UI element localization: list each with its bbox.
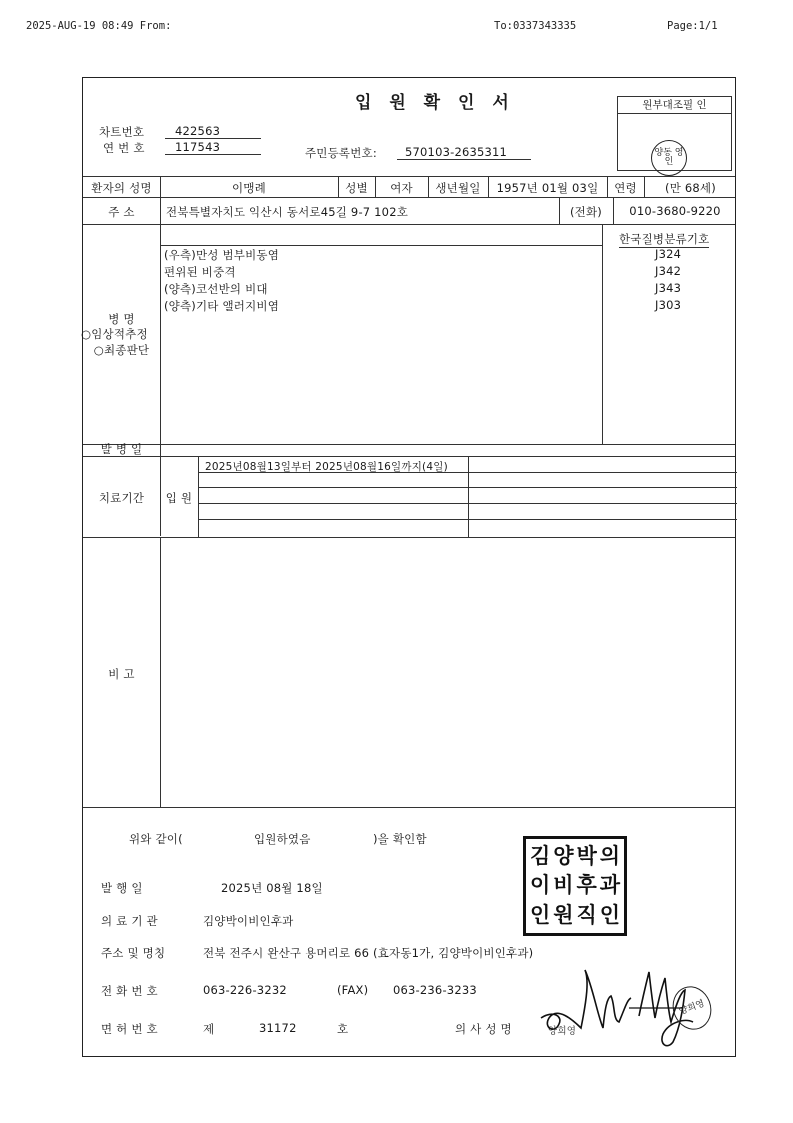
- institution-phone: 063-226-3232: [203, 983, 287, 997]
- seal-char: 인: [529, 901, 551, 930]
- institution-name: 김양박이비인후과: [203, 913, 293, 929]
- license-suffix: 호: [337, 1021, 348, 1037]
- license-number: 31172: [259, 1021, 297, 1035]
- chart-number: 422563: [165, 124, 261, 139]
- seal-char: 과: [599, 872, 621, 901]
- sex-label: 성별: [338, 180, 375, 196]
- confirmation-prefix: 위와 같이(: [129, 831, 183, 847]
- diagnosis-name-3: (양측)코선반의 비대: [164, 281, 268, 297]
- approval-box-label: 원부대조필 인: [618, 97, 731, 114]
- seal-char: 원: [552, 901, 574, 930]
- patient-birth: 1957년 01월 03일: [488, 180, 607, 196]
- fax-page-count: Page:1/1: [667, 20, 718, 32]
- seal-char: 양: [552, 842, 574, 871]
- institution-phone-label: 전 화 번 호: [101, 983, 158, 999]
- confirmation-middle: 입원하였음: [254, 831, 311, 847]
- doctor-seal-text: 양희영: [678, 999, 706, 1016]
- treatment-type-label: 입 원: [160, 490, 198, 506]
- institution-address: 전북 전주시 완산구 용머리로 66 (효자동1가, 김양박이비인후과): [203, 945, 533, 961]
- patient-age: (만 68세): [644, 180, 737, 196]
- admission-certificate-form: 입 원 확 인 서 원부대조필 인 양동 영인 차트번호 422563 연 번 …: [82, 77, 736, 1057]
- document-title: 입 원 확 인 서: [355, 88, 515, 113]
- patient-sex: 여자: [375, 180, 428, 196]
- diagnosis-name-1: (우측)만성 범부비동염: [164, 247, 279, 263]
- diagnosis-label: 병 명: [83, 311, 160, 327]
- doctor-name-label: 의 사 성 명: [455, 1021, 512, 1037]
- remarks-label: 비 고: [83, 666, 160, 682]
- license-prefix: 제: [203, 1021, 214, 1037]
- license-label: 면 허 번 호: [101, 1021, 158, 1037]
- seal-char: 김: [529, 842, 551, 871]
- disease-code-4: J303: [655, 298, 681, 312]
- approval-stamp: 양동 영인: [651, 140, 687, 176]
- seal-char: 인: [599, 901, 621, 930]
- patient-name-label: 환자의 성명: [83, 180, 160, 196]
- resident-number-label: 주민등록번호:: [305, 145, 377, 161]
- institution-address-label: 주소 및 명칭: [101, 945, 165, 961]
- treatment-period-1: 2025년08월13일부터 2025년08월16일까지(4일): [205, 459, 448, 474]
- age-label: 연령: [607, 180, 644, 196]
- fax-header: 2025-AUG-19 08:49 From: To:0337343335 Pa…: [0, 20, 793, 34]
- diagnosis-name-2: 편위된 비중격: [164, 264, 236, 280]
- institution-seal-stamp: 김 양 박 의 이 비 후 과 인 원 직 인: [523, 836, 627, 936]
- resident-number: 570103-2635311: [397, 145, 531, 160]
- disease-code-2: J342: [655, 264, 681, 278]
- seal-char: 박: [576, 842, 598, 871]
- serial-number: 117543: [165, 140, 261, 155]
- chart-number-label: 차트번호: [99, 124, 144, 140]
- phone-label: (전화): [559, 204, 613, 220]
- seal-char: 후: [576, 872, 598, 901]
- diagnosis-option-clinical[interactable]: ○임상적추정: [81, 326, 148, 342]
- seal-char: 비: [552, 872, 574, 901]
- disease-code-header: 한국질병분류기호: [619, 231, 709, 248]
- institution-fax: 063-236-3233: [393, 983, 477, 997]
- seal-char: 이: [529, 872, 551, 901]
- diagnosis-name-4: (양측)기타 앨러지비염: [164, 298, 279, 314]
- issue-date: 2025년 08월 18일: [221, 880, 323, 896]
- diagnosis-option-final[interactable]: ○최종판단: [83, 342, 160, 358]
- patient-name: 이맹례: [160, 180, 338, 196]
- fax-to-number: To:0337343335: [494, 20, 576, 32]
- serial-number-label: 연 번 호: [103, 140, 145, 156]
- institution-label: 의 료 기 관: [101, 913, 158, 929]
- disease-code-1: J324: [655, 247, 681, 261]
- patient-address: 전북특별자치도 익산시 동서로45길 9-7 102호: [166, 204, 408, 220]
- address-label: 주 소: [83, 204, 160, 220]
- onset-label: 발 병 일: [83, 441, 160, 457]
- confirmation-suffix: )을 확인함: [373, 831, 427, 847]
- fax-label: (FAX): [337, 983, 368, 997]
- fax-datetime-from: 2025-AUG-19 08:49 From:: [26, 20, 171, 32]
- disease-code-3: J343: [655, 281, 681, 295]
- seal-char: 직: [576, 901, 598, 930]
- seal-char: 의: [599, 842, 621, 871]
- approval-stamp-text: 양동 영인: [652, 149, 686, 167]
- issue-date-label: 발 행 일: [101, 880, 143, 896]
- treatment-label: 치료기간: [83, 490, 160, 506]
- birth-label: 생년월일: [428, 180, 488, 196]
- patient-phone: 010-3680-9220: [613, 204, 737, 218]
